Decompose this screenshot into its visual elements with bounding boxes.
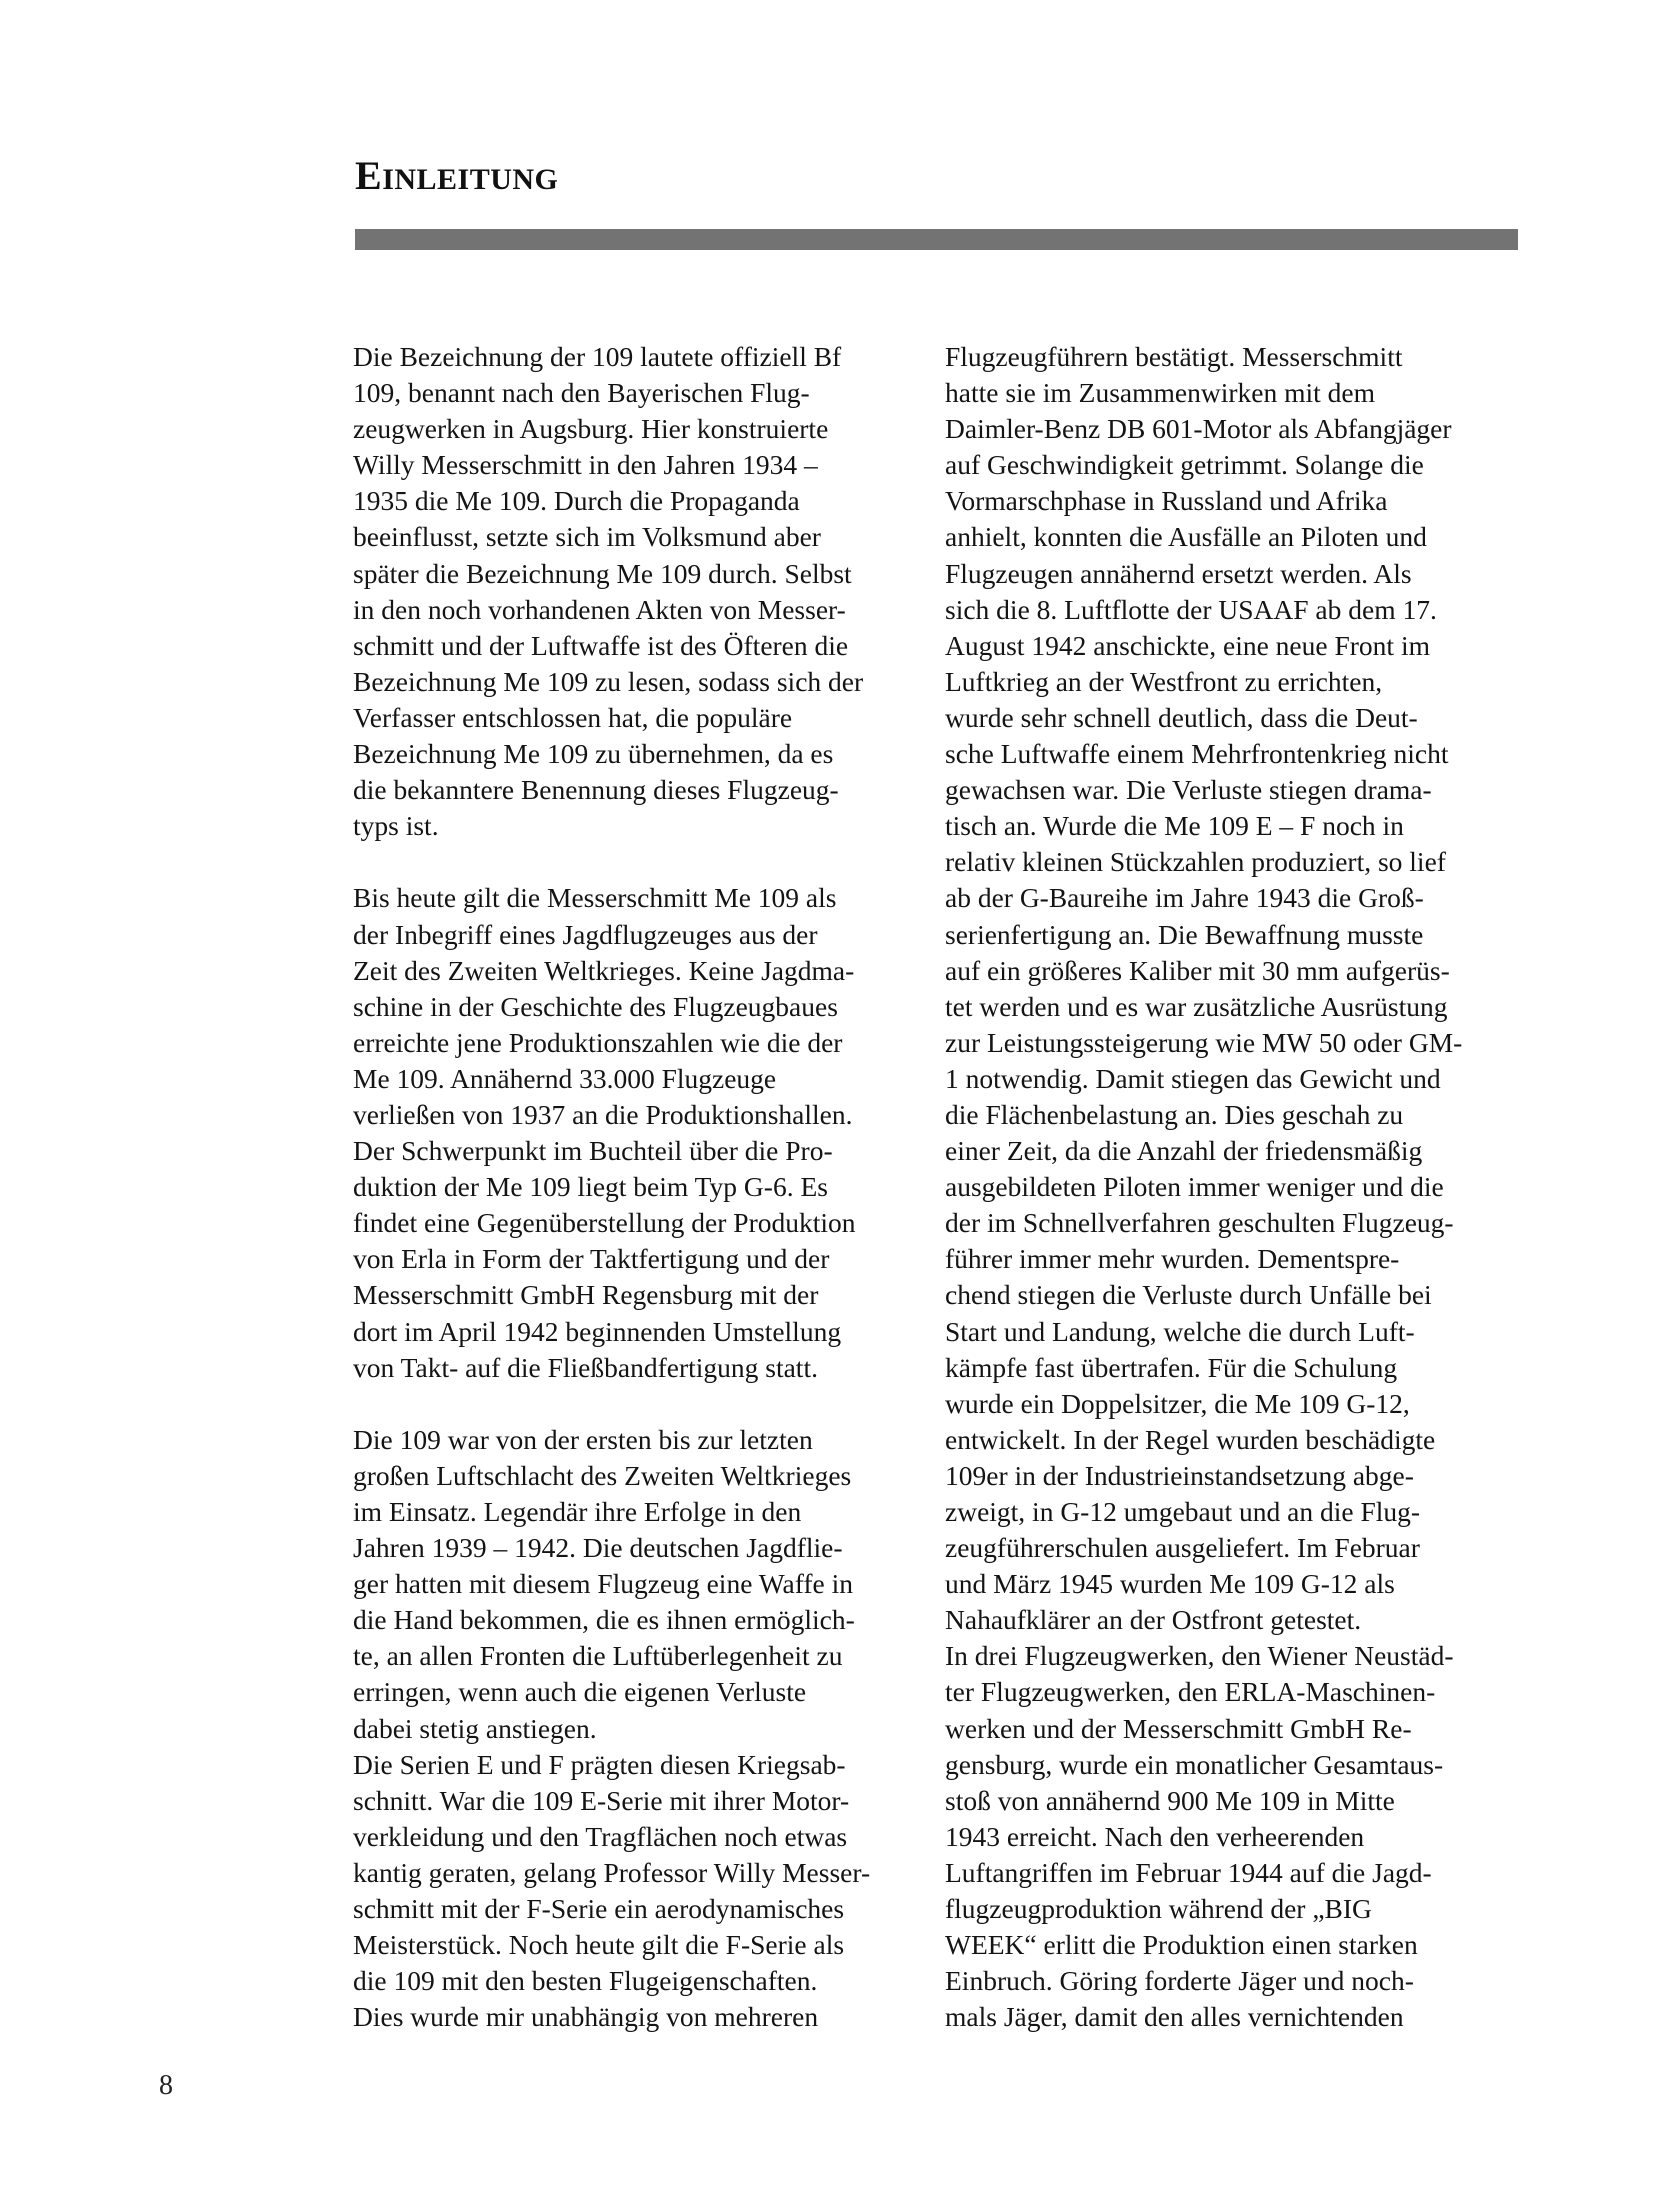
text-line: großen Luftschlacht des Zweiten Weltkrie… bbox=[353, 1458, 933, 1494]
text-line: Luftkrieg an der Westfront zu errichten, bbox=[945, 664, 1525, 700]
text-line: Die 109 war von der ersten bis zur letzt… bbox=[353, 1422, 933, 1458]
text-line: schine in der Geschichte des Flugzeugbau… bbox=[353, 989, 933, 1025]
text-line: ter Flugzeugwerken, den ERLA-Maschinen- bbox=[945, 1674, 1525, 1710]
text-line: schmitt mit der F-Serie ein aerodynamisc… bbox=[353, 1891, 933, 1927]
text-line: 109, benannt nach den Bayerischen Flug- bbox=[353, 375, 933, 411]
text-line: beeinflusst, setzte sich im Volksmund ab… bbox=[353, 519, 933, 555]
text-line: Jahren 1939 – 1942. Die deutschen Jagdfl… bbox=[353, 1530, 933, 1566]
text-line: gewachsen war. Die Verluste stiegen dram… bbox=[945, 772, 1525, 808]
text-line: mals Jäger, damit den alles vernichtende… bbox=[945, 1999, 1525, 2035]
text-line: Nahaufklärer an der Ostfront getestet. bbox=[945, 1602, 1525, 1638]
paragraph-left-4: Die Serien E und F prägten diesen Kriegs… bbox=[353, 1747, 933, 2036]
text-line: werken und der Messerschmitt GmbH Re- bbox=[945, 1711, 1525, 1747]
text-line: schnitt. War die 109 E-Serie mit ihrer M… bbox=[353, 1783, 933, 1819]
text-line: ausgebildeten Piloten immer weniger und … bbox=[945, 1169, 1525, 1205]
paragraph-spacer bbox=[353, 1386, 933, 1422]
text-line: 1935 die Me 109. Durch die Propaganda bbox=[353, 483, 933, 519]
text-line: erringen, wenn auch die eigenen Verluste bbox=[353, 1674, 933, 1710]
text-line: Me 109. Annähernd 33.000 Flugzeuge bbox=[353, 1061, 933, 1097]
text-line: In drei Flugzeugwerken, den Wiener Neust… bbox=[945, 1638, 1525, 1674]
text-line: Die Serien E und F prägten diesen Kriegs… bbox=[353, 1747, 933, 1783]
paragraph-right-1: Flugzeugführern bestätigt. Messerschmitt… bbox=[945, 339, 1525, 1638]
paragraph-left-1: Die Bezeichnung der 109 lautete offiziel… bbox=[353, 339, 933, 844]
text-line: erreichte jene Produktionszahlen wie die… bbox=[353, 1025, 933, 1061]
text-line: gensburg, wurde ein monatlicher Gesamtau… bbox=[945, 1747, 1525, 1783]
text-line: Willy Messerschmitt in den Jahren 1934 – bbox=[353, 447, 933, 483]
text-line: Meisterstück. Noch heute gilt die F-Seri… bbox=[353, 1927, 933, 1963]
text-line: ab der G-Baureihe im Jahre 1943 die Groß… bbox=[945, 880, 1525, 916]
text-line: schmitt und der Luftwaffe ist des Öftere… bbox=[353, 628, 933, 664]
text-line: tisch an. Wurde die Me 109 E – F noch in bbox=[945, 808, 1525, 844]
text-line: Luftangriffen im Februar 1944 auf die Ja… bbox=[945, 1855, 1525, 1891]
text-line: der im Schnellverfahren geschulten Flugz… bbox=[945, 1205, 1525, 1241]
paragraph-right-2: In drei Flugzeugwerken, den Wiener Neust… bbox=[945, 1638, 1525, 2035]
text-line: einer Zeit, da die Anzahl der friedensmä… bbox=[945, 1133, 1525, 1169]
text-line: te, an allen Fronten die Luftüberlegenhe… bbox=[353, 1638, 933, 1674]
text-line: August 1942 anschickte, eine neue Front … bbox=[945, 628, 1525, 664]
text-line: 1943 erreicht. Nach den verheerenden bbox=[945, 1819, 1525, 1855]
text-line: 1 notwendig. Damit stiegen das Gewicht u… bbox=[945, 1061, 1525, 1097]
text-line: anhielt, konnten die Ausfälle an Piloten… bbox=[945, 519, 1525, 555]
text-line: kantig geraten, gelang Professor Willy M… bbox=[353, 1855, 933, 1891]
text-line: zur Leistungssteigerung wie MW 50 oder G… bbox=[945, 1025, 1525, 1061]
text-line: dort im April 1942 beginnenden Umstellun… bbox=[353, 1314, 933, 1350]
text-line: verließen von 1937 an die Produktionshal… bbox=[353, 1097, 933, 1133]
chapter-title-rest: INLEITUNG bbox=[382, 163, 558, 196]
text-line: relativ kleinen Stückzahlen produziert, … bbox=[945, 844, 1525, 880]
text-line: Flugzeugführern bestätigt. Messerschmitt bbox=[945, 339, 1525, 375]
text-line: die 109 mit den besten Flugeigenschaften… bbox=[353, 1963, 933, 1999]
text-line: sche Luftwaffe einem Mehrfrontenkrieg ni… bbox=[945, 736, 1525, 772]
text-line: stoß von annähernd 900 Me 109 in Mitte bbox=[945, 1783, 1525, 1819]
text-line: zeugwerken in Augsburg. Hier konstruiert… bbox=[353, 411, 933, 447]
text-line: chend stiegen die Verluste durch Unfälle… bbox=[945, 1277, 1525, 1313]
text-line: findet eine Gegenüberstellung der Produk… bbox=[353, 1205, 933, 1241]
paragraph-left-2: Bis heute gilt die Messerschmitt Me 109 … bbox=[353, 880, 933, 1385]
text-line: Bezeichnung Me 109 zu lesen, sodass sich… bbox=[353, 664, 933, 700]
text-line: wurde sehr schnell deutlich, dass die De… bbox=[945, 700, 1525, 736]
left-text-column: Die Bezeichnung der 109 lautete offiziel… bbox=[353, 339, 933, 2035]
chapter-title: EINLEITUNG bbox=[355, 152, 558, 204]
text-line: zeugführerschulen ausgeliefert. Im Febru… bbox=[945, 1530, 1525, 1566]
text-line: 109er in der Industrieinstandsetzung abg… bbox=[945, 1458, 1525, 1494]
text-line: verkleidung und den Tragflächen noch etw… bbox=[353, 1819, 933, 1855]
text-line: die Hand bekommen, die es ihnen ermöglic… bbox=[353, 1602, 933, 1638]
text-line: Bis heute gilt die Messerschmitt Me 109 … bbox=[353, 880, 933, 916]
text-line: tet werden und es war zusätzliche Ausrüs… bbox=[945, 989, 1525, 1025]
text-line: in den noch vorhandenen Akten von Messer… bbox=[353, 592, 933, 628]
text-line: serienfertigung an. Die Bewaffnung musst… bbox=[945, 917, 1525, 953]
text-line: Daimler-Benz DB 601-Motor als Abfangjäge… bbox=[945, 411, 1525, 447]
text-line: Verfasser entschlossen hat, die populäre bbox=[353, 700, 933, 736]
text-line: Dies wurde mir unabhängig von mehreren bbox=[353, 1999, 933, 2035]
text-line: kämpfe fast übertrafen. Für die Schulung bbox=[945, 1350, 1525, 1386]
text-line: Bezeichnung Me 109 zu übernehmen, da es bbox=[353, 736, 933, 772]
paragraph-spacer bbox=[353, 844, 933, 880]
text-line: auf ein größeres Kaliber mit 30 mm aufge… bbox=[945, 953, 1525, 989]
text-line: sich die 8. Luftflotte der USAAF ab dem … bbox=[945, 592, 1525, 628]
text-line: flugzeugproduktion während der „BIG bbox=[945, 1891, 1525, 1927]
title-rule-bar bbox=[355, 229, 1518, 250]
right-text-column: Flugzeugführern bestätigt. Messerschmitt… bbox=[945, 339, 1525, 2035]
text-line: Flugzeugen annähernd ersetzt werden. Als bbox=[945, 556, 1525, 592]
text-line: Messerschmitt GmbH Regensburg mit der bbox=[353, 1277, 933, 1313]
text-line: von Takt- auf die Fließbandfertigung sta… bbox=[353, 1350, 933, 1386]
text-line: typs ist. bbox=[353, 808, 933, 844]
text-line: duktion der Me 109 liegt beim Typ G-6. E… bbox=[353, 1169, 933, 1205]
text-line: im Einsatz. Legendär ihre Erfolge in den bbox=[353, 1494, 933, 1530]
paragraph-left-3: Die 109 war von der ersten bis zur letzt… bbox=[353, 1422, 933, 1747]
text-line: später die Bezeichnung Me 109 durch. Sel… bbox=[353, 556, 933, 592]
chapter-title-initial: E bbox=[355, 153, 382, 198]
page-number: 8 bbox=[159, 2068, 173, 2104]
text-line: und März 1945 wurden Me 109 G-12 als bbox=[945, 1566, 1525, 1602]
text-line: von Erla in Form der Taktfertigung und d… bbox=[353, 1241, 933, 1277]
text-line: dabei stetig anstiegen. bbox=[353, 1711, 933, 1747]
text-line: der Inbegriff eines Jagdflugzeuges aus d… bbox=[353, 917, 933, 953]
text-line: auf Geschwindigkeit getrimmt. Solange di… bbox=[945, 447, 1525, 483]
text-line: Zeit des Zweiten Weltkrieges. Keine Jagd… bbox=[353, 953, 933, 989]
text-line: die Flächenbelastung an. Dies geschah zu bbox=[945, 1097, 1525, 1133]
text-line: wurde ein Doppelsitzer, die Me 109 G-12, bbox=[945, 1386, 1525, 1422]
text-line: ger hatten mit diesem Flugzeug eine Waff… bbox=[353, 1566, 933, 1602]
text-line: zweigt, in G-12 umgebaut und an die Flug… bbox=[945, 1494, 1525, 1530]
text-line: die bekanntere Benennung dieses Flugzeug… bbox=[353, 772, 933, 808]
text-line: Vormarschphase in Russland und Afrika bbox=[945, 483, 1525, 519]
text-line: hatte sie im Zusammenwirken mit dem bbox=[945, 375, 1525, 411]
text-line: Die Bezeichnung der 109 lautete offiziel… bbox=[353, 339, 933, 375]
text-line: Start und Landung, welche die durch Luft… bbox=[945, 1314, 1525, 1350]
text-line: WEEK“ erlitt die Produktion einen starke… bbox=[945, 1927, 1525, 1963]
text-line: Einbruch. Göring forderte Jäger und noch… bbox=[945, 1963, 1525, 1999]
text-line: Der Schwerpunkt im Buchteil über die Pro… bbox=[353, 1133, 933, 1169]
text-line: führer immer mehr wurden. Dementspre- bbox=[945, 1241, 1525, 1277]
text-line: entwickelt. In der Regel wurden beschädi… bbox=[945, 1422, 1525, 1458]
